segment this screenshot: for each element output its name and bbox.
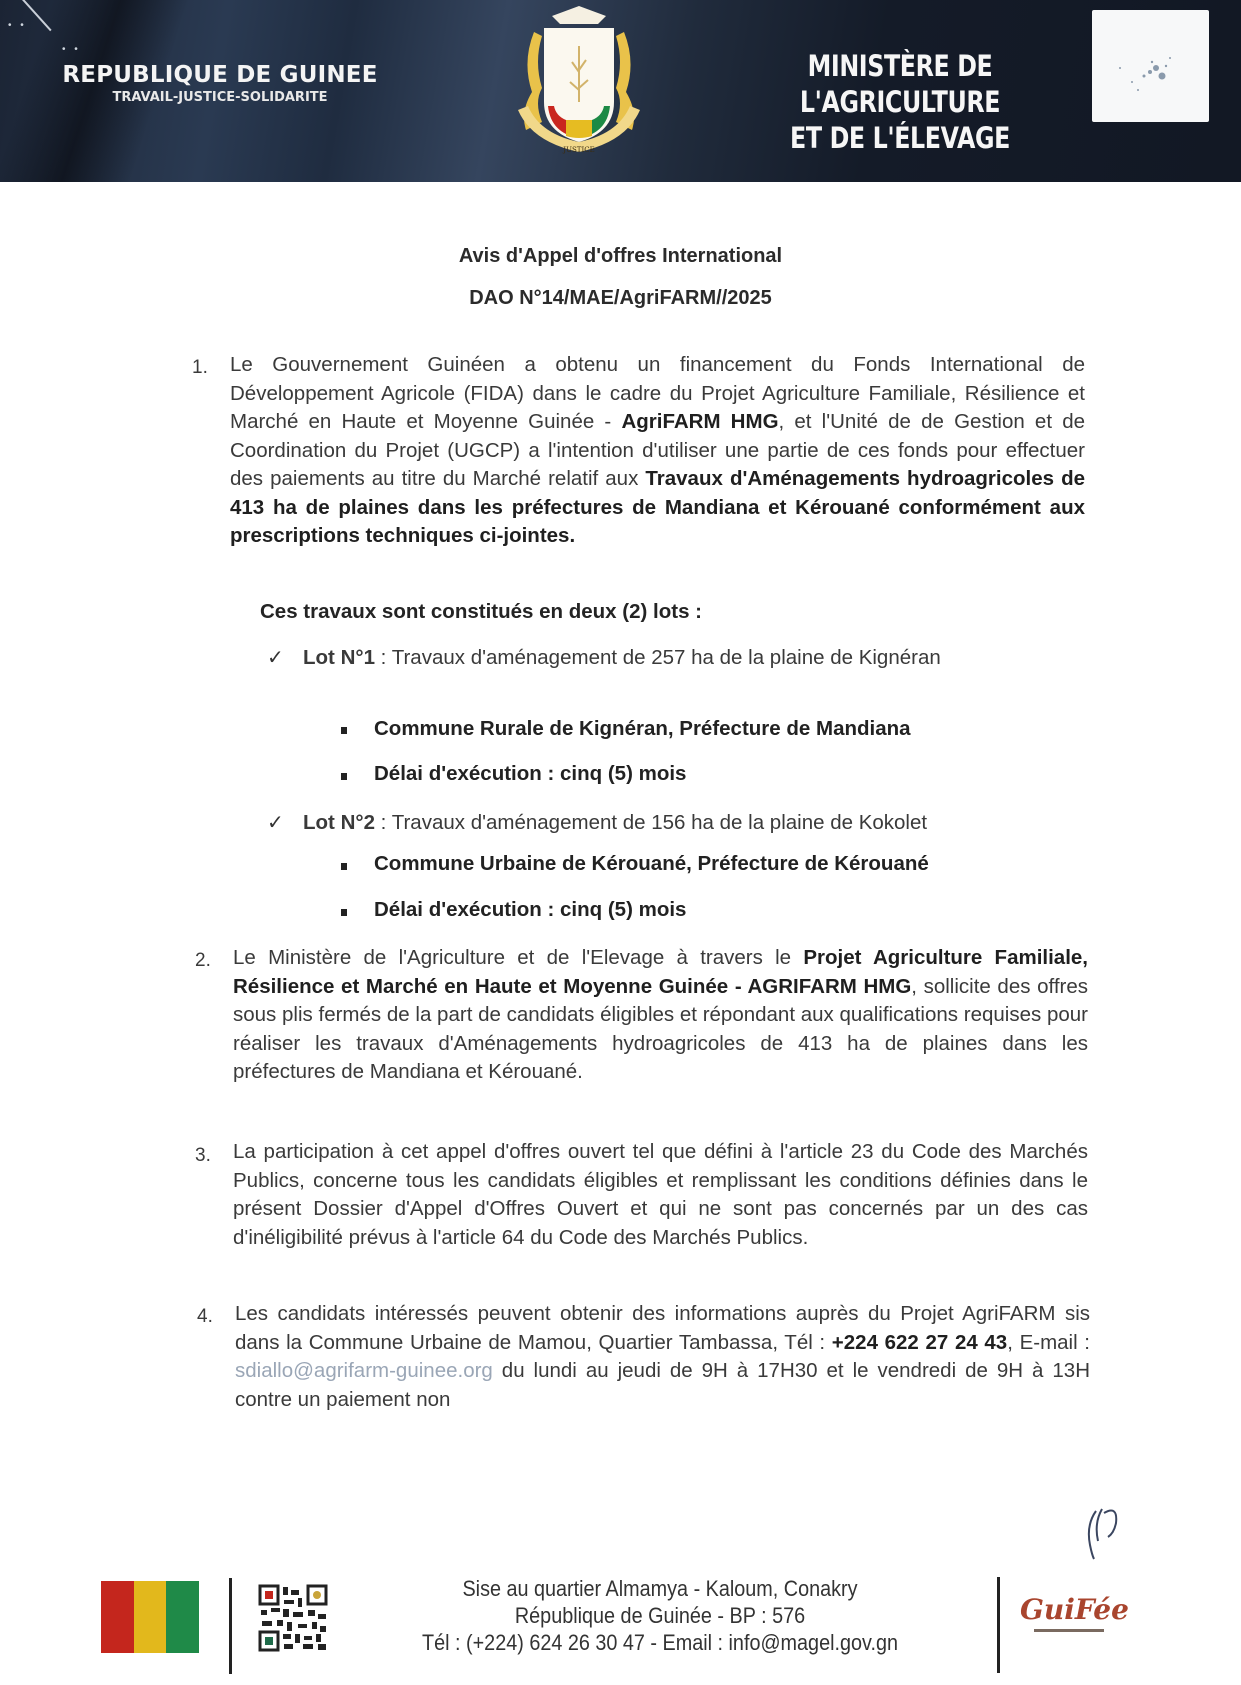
partner-logo-icon: GuiFée — [1016, 1583, 1141, 1643]
square-bullet-icon — [341, 727, 347, 734]
coat-of-arms-icon: JUSTICE — [512, 2, 646, 164]
lot-label: Lot N°1 — [303, 646, 375, 669]
square-bullet-icon — [341, 773, 347, 780]
stamp-box — [1092, 10, 1209, 122]
section-number: 2. — [195, 950, 211, 972]
country-name: REPUBLIQUE DE GUINEE — [60, 62, 380, 88]
contact-line: Tél : (+224) 624 26 30 47 - Email : info… — [390, 1629, 930, 1656]
section-text: La participation à cet appel d'offres ou… — [233, 1140, 1088, 1249]
address-line: République de Guinée - BP : 576 — [390, 1602, 930, 1629]
ministry-name-line1: MINISTÈRE DE L'AGRICULTURE — [752, 48, 1047, 120]
lot-2-description: Lot N°2 : Travaux d'aménagement de 156 h… — [303, 808, 1085, 838]
section-3-paragraph: La participation à cet appel d'offres ou… — [233, 1138, 1088, 1252]
lot-1-description: Lot N°1 : Travaux d'aménagement de 257 h… — [303, 643, 1085, 673]
lot-1-delay: Délai d'exécution : cinq (5) mois — [374, 762, 686, 786]
section-number: 1. — [192, 357, 208, 379]
check-icon: ✓ — [267, 645, 284, 670]
contact-phone: +224 622 27 24 43 — [832, 1331, 1007, 1354]
address-line: Sise au quartier Almamya - Kaloum, Conak… — [390, 1575, 930, 1602]
lot-2-delay: Délai d'exécution : cinq (5) mois — [374, 898, 686, 922]
ministry-heading: MINISTÈRE DE L'AGRICULTURE ET DE L'ÉLEVA… — [720, 48, 1080, 156]
section-number: 3. — [195, 1145, 211, 1167]
svg-text:GuiFée: GuiFée — [1020, 1593, 1129, 1626]
national-motto: TRAVAIL-JUSTICE-SOLIDARITE — [60, 90, 380, 105]
section-text: , E-mail : — [1007, 1331, 1090, 1354]
svg-text:JUSTICE: JUSTICE — [562, 146, 594, 154]
lot-text: : Travaux d'aménagement de 257 ha de la … — [375, 646, 941, 669]
square-bullet-icon — [341, 909, 347, 916]
lot-label: Lot N°2 — [303, 811, 375, 834]
qr-code-icon[interactable] — [258, 1584, 328, 1652]
lot-2-location: Commune Urbaine de Kérouané, Préfecture … — [374, 852, 929, 876]
tender-reference: DAO N°14/MAE/AgriFARM//2025 — [0, 287, 1241, 310]
footer-divider — [997, 1577, 1000, 1673]
section-2-paragraph: Le Ministère de l'Agriculture et de l'El… — [233, 944, 1088, 1087]
ministry-address: Sise au quartier Almamya - Kaloum, Conak… — [390, 1575, 930, 1656]
project-name: AgriFARM HMG — [621, 410, 778, 433]
lot-text: : Travaux d'aménagement de 156 ha de la … — [375, 811, 927, 834]
guinea-flag-icon — [101, 1581, 199, 1653]
notice-title: Avis d'Appel d'offres International — [0, 245, 1241, 268]
banner-decoration: • • — [62, 44, 81, 55]
square-bullet-icon — [341, 863, 347, 870]
footer-divider — [229, 1578, 232, 1674]
section-4-paragraph: Les candidats intéressés peuvent obtenir… — [235, 1300, 1090, 1414]
ministry-name-line2: ET DE L'ÉLEVAGE — [752, 120, 1047, 156]
banner-decoration: • • — [8, 20, 27, 31]
section-text: Le Ministère de l'Agriculture et de l'El… — [233, 946, 803, 969]
lots-intro: Ces travaux sont constitués en deux (2) … — [260, 600, 702, 624]
signature-initials-icon — [1078, 1505, 1128, 1561]
stamp-mark-icon — [1092, 10, 1209, 122]
republic-heading: REPUBLIQUE DE GUINEE TRAVAIL-JUSTICE-SOL… — [60, 62, 380, 105]
check-icon: ✓ — [267, 810, 284, 835]
section-1-paragraph: Le Gouvernement Guinéen a obtenu un fina… — [230, 351, 1085, 551]
lot-1-location: Commune Rurale de Kignéran, Préfecture d… — [374, 717, 911, 741]
section-number: 4. — [197, 1306, 213, 1328]
contact-email-link[interactable]: sdiallo@agrifarm-guinee.org — [235, 1359, 493, 1382]
letterhead-banner: • • • • REPUBLIQUE DE GUINEE TRAVAIL-JUS… — [0, 0, 1241, 182]
